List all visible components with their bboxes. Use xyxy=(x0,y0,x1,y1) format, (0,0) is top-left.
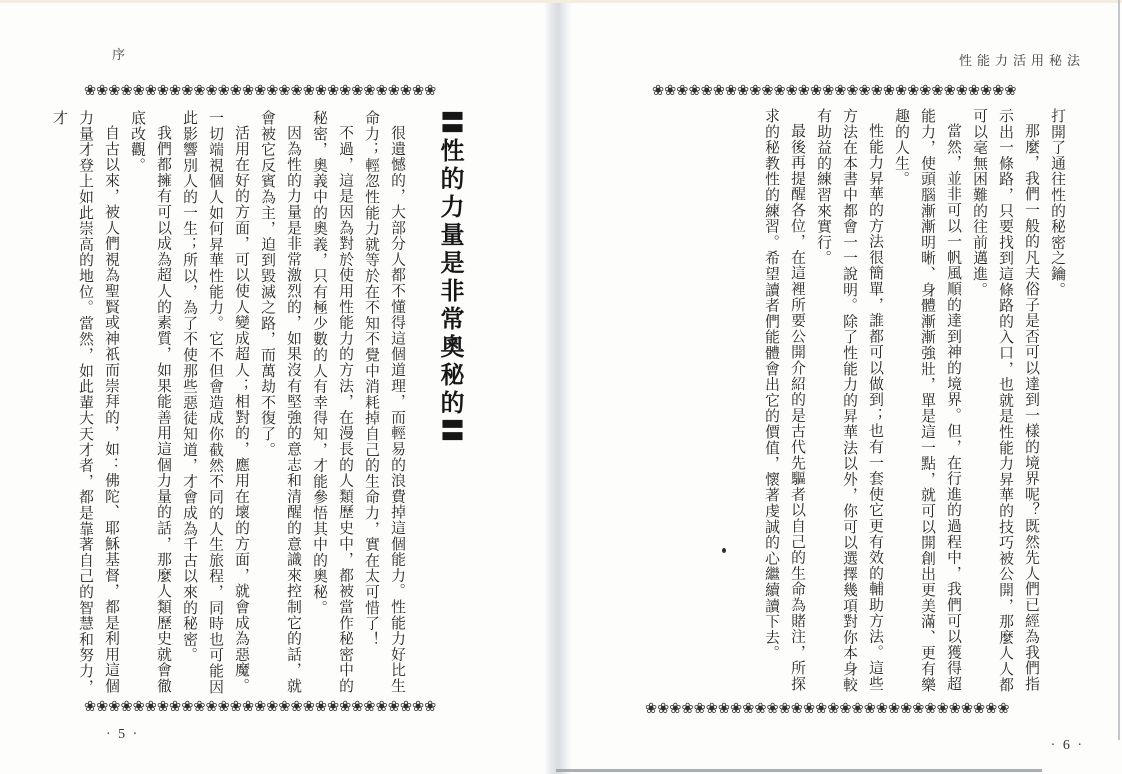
page-gutter xyxy=(544,0,572,774)
left-running-header: 序 xyxy=(112,44,127,63)
flower-border-bottom-left: ❀❀❀❀❀❀❀❀❀❀❀❀❀❀❀❀❀❀❀❀❀❀❀❀❀❀❀❀❀ xyxy=(84,700,436,715)
scan-edge-bottom xyxy=(556,769,1042,772)
scanned-book-spread: { "colors": { "paper": "#fdfdfc", "ink":… xyxy=(0,0,1122,774)
book-spread: 序 ❀❀❀❀❀❀❀❀❀❀❀❀❀❀❀❀❀❀❀❀❀❀❀❀❀❀❀❀❀ 〓性的力量是非常… xyxy=(0,0,1122,774)
section-title: 〓性的力量是非常奧秘的〓 xyxy=(432,110,466,698)
ink-speck xyxy=(722,548,726,553)
page-number-right: · 6 · xyxy=(1051,738,1084,754)
left-text-block: 〓性的力量是非常奧秘的〓 很遺憾的，大部分人都不懂得這個道理，而輕易的浪費掉這個… xyxy=(58,110,488,698)
left-page: 序 ❀❀❀❀❀❀❀❀❀❀❀❀❀❀❀❀❀❀❀❀❀❀❀❀❀❀❀❀❀ 〓性的力量是非常… xyxy=(0,0,546,774)
right-page: 性能力活用秘法 ❀❀❀❀❀❀❀❀❀❀❀❀❀❀❀❀❀❀❀❀❀❀❀❀❀❀❀❀❀❀ 打… xyxy=(572,0,1122,774)
paragraph: 很遺憾的，大部分人都不懂得這個道理，而輕易的浪費掉這個能力。性能力好比生命力；輕… xyxy=(358,110,410,698)
flower-border-bottom-right: ❀❀❀❀❀❀❀❀❀❀❀❀❀❀❀❀❀❀❀❀❀❀❀❀❀❀❀❀❀❀ xyxy=(645,702,1009,717)
paragraph: 那麼，我們一般的凡夫俗子是否可以達到一樣的境界呢？既然先人們已經為我們指示出一條… xyxy=(966,108,1044,698)
scan-edge-right xyxy=(1118,0,1120,740)
paragraph-continuation: 打開了通往性的秘密之鑰。 xyxy=(1044,108,1070,698)
paragraph: 不過，這是因為對於使用性能力的方法，在漫長的人類歷史中，都被當作秘密中的秘密，奧… xyxy=(306,110,358,698)
paragraph: 我們都擁有可以成為超人的素質，如果能善用這個力量的話，那麼人類歷史就會徹底改觀。 xyxy=(124,110,176,698)
flower-border-top-left: ❀❀❀❀❀❀❀❀❀❀❀❀❀❀❀❀❀❀❀❀❀❀❀❀❀❀❀❀❀ xyxy=(84,84,436,99)
paragraph: 因為性的力量是非常激烈的，如果沒有堅強的意志和清醒的意識來控制它的話，就會被它反… xyxy=(254,110,306,698)
right-running-header: 性能力活用秘法 xyxy=(959,50,1085,69)
scan-edge-top xyxy=(0,0,1122,3)
paragraph: 自古以來，被人們視為聖賢或神祇而崇拜的，如：佛陀、耶穌基督，都是利用這個力量才登… xyxy=(46,110,124,698)
paragraph: 性能力昇華的方法很簡單，誰都可以做到；也有一套使它更有效的輔助方法。這些方法在本… xyxy=(810,108,888,698)
paragraph: 活用在好的方面，可以使人變成超人；相對的，應用在壞的方面，就會成為惡魔。一切端視… xyxy=(176,110,254,698)
paragraph: 當然，並非可以一帆風順的達到神的境界。但，在行進的過程中，我們可以獲得超能力，使… xyxy=(888,108,966,698)
page-number-left: · 5 · xyxy=(106,727,139,743)
flower-border-top-right: ❀❀❀❀❀❀❀❀❀❀❀❀❀❀❀❀❀❀❀❀❀❀❀❀❀❀❀❀❀❀ xyxy=(652,84,1016,99)
paragraph: 最後再提醒各位，在這裡所要公開介紹的是古代先驅者以自己的生命為賭注，所探求的秘教… xyxy=(758,108,810,698)
right-text-block: 打開了通往性的秘密之鑰。 那麼，我們一般的凡夫俗子是否可以達到一樣的境界呢？既然… xyxy=(730,108,1070,698)
